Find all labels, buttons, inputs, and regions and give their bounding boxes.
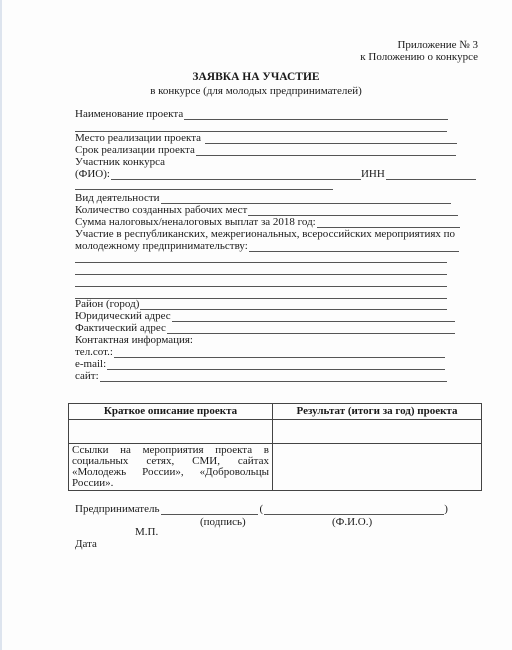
caption-fio: (Ф.И.О.) bbox=[332, 516, 372, 528]
field-jobs-created[interactable]: Количество созданных рабочих мест bbox=[75, 204, 458, 216]
table-cell-result[interactable] bbox=[273, 420, 482, 444]
label-date: Дата bbox=[75, 538, 97, 550]
input-line-participation-2[interactable] bbox=[75, 262, 447, 263]
label-participation-1: Участие в республиканских, межрегиональн… bbox=[75, 228, 455, 240]
field-district[interactable]: Район (город) bbox=[75, 298, 447, 310]
label-participant-row: Участник конкурса bbox=[75, 156, 165, 168]
label-entrepreneur: Предприниматель bbox=[75, 503, 160, 515]
label-participation-row: Участие в республиканских, межрегиональн… bbox=[75, 228, 455, 240]
field-activity[interactable]: Вид деятельности bbox=[75, 192, 451, 204]
appendix-reference: к Положению о конкурсе bbox=[360, 51, 478, 63]
input-line-participation-3[interactable] bbox=[75, 274, 447, 275]
label-contact-info: Контактная информация: bbox=[75, 334, 193, 346]
table-row bbox=[69, 420, 482, 444]
input-line-tax-sum[interactable] bbox=[317, 217, 460, 228]
input-line-phone[interactable] bbox=[114, 347, 445, 358]
table-header-row: Краткое описание проекта Результат (итог… bbox=[69, 404, 482, 420]
label-phone: тел.сот.: bbox=[75, 346, 113, 358]
open-paren: ( bbox=[260, 503, 264, 515]
table-row: Ссылки на мероприятия проекта в социальн… bbox=[69, 444, 482, 491]
field-project-term[interactable]: Срок реализации проекта bbox=[75, 144, 456, 156]
label-contact-info-row: Контактная информация: bbox=[75, 334, 193, 346]
input-line-district[interactable] bbox=[140, 299, 447, 310]
label-inn: ИНН bbox=[361, 168, 385, 180]
document-page: Приложение № 3 к Положению о конкурсе ЗА… bbox=[0, 0, 512, 650]
field-fio-inn[interactable]: (ФИО): ИНН bbox=[75, 168, 476, 180]
label-district: Район (город) bbox=[75, 298, 139, 310]
input-line-participation-4[interactable] bbox=[75, 286, 447, 287]
field-actual-address[interactable]: Фактический адрес bbox=[75, 322, 455, 334]
label-project-name: Наименование проекта bbox=[75, 108, 183, 120]
label-project-place: Место реализации проекта bbox=[75, 132, 201, 144]
table-header-description: Краткое описание проекта bbox=[69, 404, 273, 420]
project-table: Краткое описание проекта Результат (итог… bbox=[68, 403, 482, 491]
table-cell-links-result[interactable] bbox=[273, 444, 482, 491]
input-line-inn[interactable] bbox=[386, 169, 476, 180]
close-paren: ) bbox=[444, 503, 448, 515]
field-project-place[interactable]: Место реализации проекта bbox=[75, 132, 457, 144]
form-title: ЗАЯВКА НА УЧАСТИЕ bbox=[0, 71, 512, 83]
input-line-site[interactable] bbox=[100, 371, 447, 382]
field-email[interactable]: e-mail: bbox=[75, 358, 445, 370]
table-header-result: Результат (итоги за год) проекта bbox=[273, 404, 482, 420]
table-cell-links: Ссылки на мероприятия проекта в социальн… bbox=[69, 444, 273, 491]
input-line-legal-address[interactable] bbox=[172, 311, 455, 322]
label-project-term: Срок реализации проекта bbox=[75, 144, 195, 156]
form-subtitle: в конкурсе (для молодых предпринимателей… bbox=[0, 85, 512, 97]
input-line-project-place[interactable] bbox=[205, 133, 457, 144]
label-site: сайт: bbox=[75, 370, 99, 382]
label-email: e-mail: bbox=[75, 358, 106, 370]
input-line-activity[interactable] bbox=[161, 193, 451, 204]
signature-row[interactable]: Предприниматель ( ) bbox=[75, 503, 448, 515]
field-tax-sum[interactable]: Сумма налоговых/неналоговых выплат за 20… bbox=[75, 216, 460, 228]
input-line-email[interactable] bbox=[107, 359, 445, 370]
input-line-signature[interactable] bbox=[161, 504, 258, 515]
input-line-participation[interactable] bbox=[249, 241, 459, 252]
input-line-fio[interactable] bbox=[111, 169, 361, 180]
field-site[interactable]: сайт: bbox=[75, 370, 447, 382]
label-legal-address: Юридический адрес bbox=[75, 310, 171, 322]
label-stamp: М.П. bbox=[135, 526, 158, 538]
label-participant: Участник конкурса bbox=[75, 156, 165, 168]
label-fio: (ФИО): bbox=[75, 168, 110, 180]
field-participation[interactable]: молодежному предпринимательству: bbox=[75, 240, 459, 252]
input-line-actual-address[interactable] bbox=[167, 323, 455, 334]
label-participation-2: молодежному предпринимательству: bbox=[75, 240, 248, 252]
input-line-project-name[interactable] bbox=[184, 109, 448, 120]
label-activity: Вид деятельности bbox=[75, 192, 160, 204]
scan-edge bbox=[0, 0, 2, 650]
label-jobs-created: Количество созданных рабочих мест bbox=[75, 204, 247, 216]
input-line-fio-2[interactable] bbox=[75, 189, 333, 190]
appendix-number: Приложение № 3 bbox=[397, 39, 478, 51]
table-cell-description[interactable] bbox=[69, 420, 273, 444]
field-phone[interactable]: тел.сот.: bbox=[75, 346, 445, 358]
label-actual-address: Фактический адрес bbox=[75, 322, 166, 334]
input-line-jobs-created[interactable] bbox=[248, 205, 458, 216]
label-tax-sum: Сумма налоговых/неналоговых выплат за 20… bbox=[75, 216, 316, 228]
input-line-project-term[interactable] bbox=[196, 145, 456, 156]
input-line-fio-signature[interactable] bbox=[264, 504, 444, 515]
field-legal-address[interactable]: Юридический адрес bbox=[75, 310, 455, 322]
caption-signature: (подпись) bbox=[200, 516, 246, 528]
field-project-name[interactable]: Наименование проекта bbox=[75, 108, 448, 120]
